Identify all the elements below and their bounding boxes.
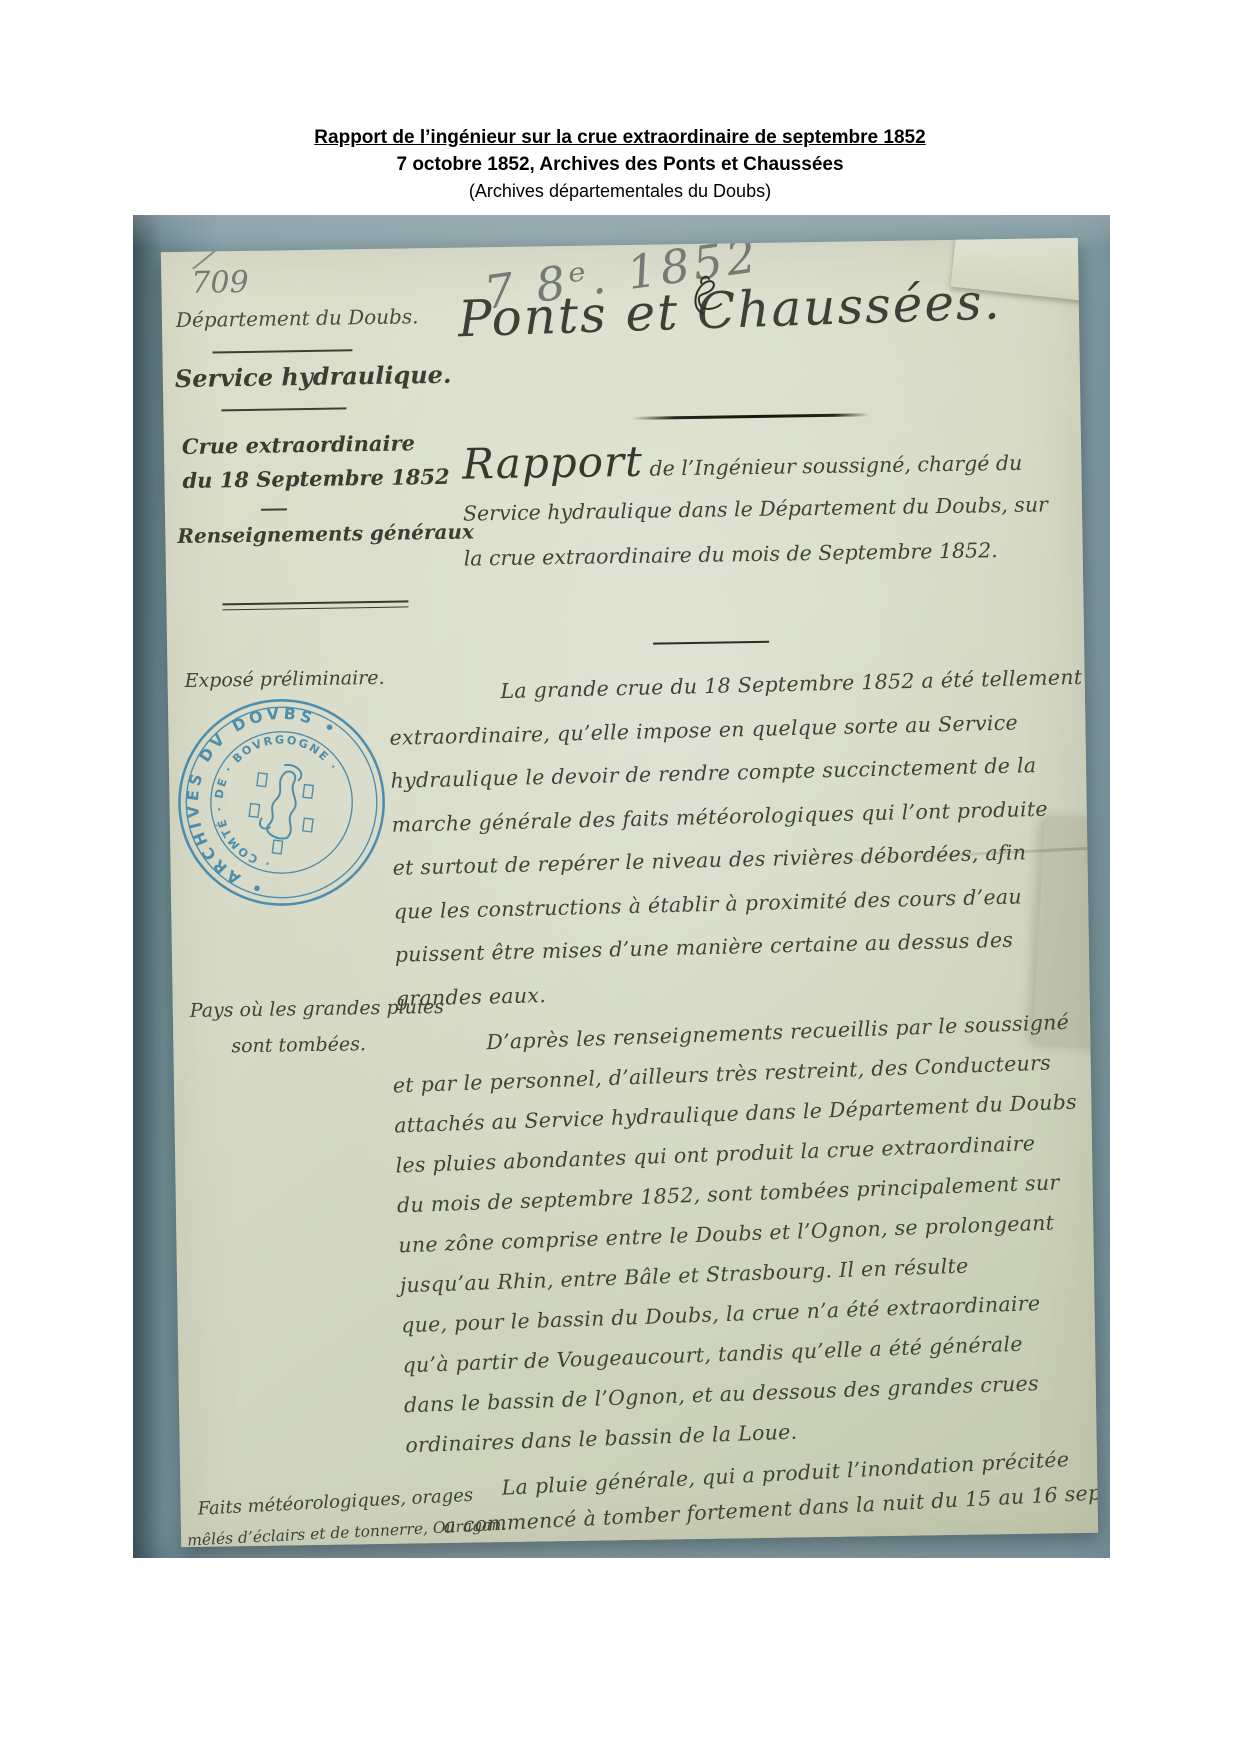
body-column: La grande crue du 18 Septembre 1852 a ét… [390,668,1099,1539]
margin-rule [221,407,346,411]
rapport-lead-word: Rapport [462,437,643,489]
manuscript-paper: 709 7 8ᵉ. 1852 Département du Doubs. Ser… [161,238,1098,1547]
rapport-intro: Rapport de l’Ingénieur soussigné, chargé… [462,430,1084,592]
margin-section-title: Renseignements généraux [177,519,474,548]
stamp-lion-emblem [245,761,319,857]
margin-service: Service hydraulique. [175,360,452,393]
caption-attribution: (Archives départementales du Doubs) [0,178,1240,204]
stamp-outer-text: • ARCHIVES DV DOVBS • [172,693,344,906]
scan-page: { "caption": { "title": "Rapport de l’in… [0,0,1240,1754]
ink-flourish-icon [681,269,728,322]
margin-department: Département du Doubs. [176,304,419,332]
pencil-folio-number: 709 [191,265,249,301]
caption-block: Rapport de l’ingénieur sur la crue extra… [0,124,1240,204]
rapport-line1: Rapport de l’Ingénieur soussigné, chargé… [462,430,1083,502]
paragraph-2: D’après les renseignements recueillis pa… [391,1009,1098,1473]
margin-dash [261,508,287,511]
manuscript-photo: 709 7 8ᵉ. 1852 Département du Doubs. Ser… [133,215,1110,1558]
margin-subject-line2: du 18 Septembre 1852 [182,464,450,493]
caption-subtitle: 7 octobre 1852, Archives des Ponts et Ch… [0,151,1240,178]
margin-double-rule [222,600,408,610]
archive-stamp: • ARCHIVES DV DOVBS • · COMTÉ · DE · BOV… [172,693,391,912]
heading-rule [632,413,870,420]
margin-note-expose: Exposé préliminaire. [184,667,384,692]
caption-title: Rapport de l’ingénieur sur la crue extra… [0,124,1240,151]
separator-rule [653,641,769,645]
rapport-line3: la crue extraordinaire du mois de Septem… [464,537,1085,592]
svg-text:• ARCHIVES DV DOVBS •: • ARCHIVES DV DOVBS • [172,693,344,906]
rapport-line1-rest: de l’Ingénieur soussigné, chargé du [643,451,1023,481]
margin-note-pays-line2: sont tombées. [231,1033,366,1057]
paragraph-1: La grande crue du 18 Septembre 1852 a ét… [388,665,1096,1030]
margin-subject-line1: Crue extraordinaire [182,430,415,459]
margin-rule [212,349,352,353]
